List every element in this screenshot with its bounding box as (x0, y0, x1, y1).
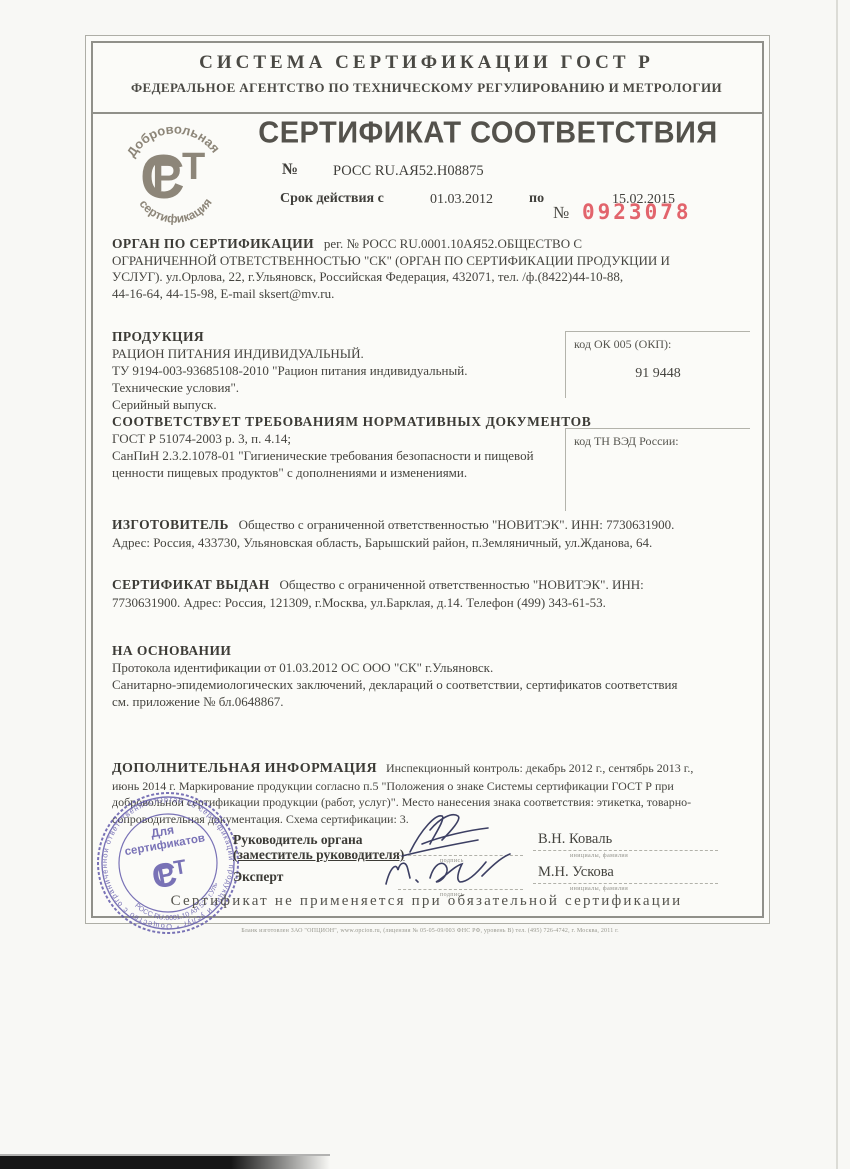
tnved-code-box: код ТН ВЭД России: (565, 428, 750, 511)
org-label: ОРГАН ПО СЕРТИФИКАЦИИ (112, 236, 314, 251)
org-line2: ОГРАНИЧЕННОЙ ОТВЕТСТВЕННОСТЬЮ "СК" (ОРГА… (112, 253, 764, 270)
manufacturer-section: ИЗГОТОВИТЕЛЬ Общество с ограниченной отв… (112, 516, 764, 551)
signature-role-expert: Эксперт (233, 869, 283, 884)
logo-letter-p: Р (152, 152, 181, 201)
blank-no-label: № (553, 203, 569, 223)
product-label: ПРОДУКЦИЯ (112, 328, 562, 345)
certificate-header: СИСТЕМА СЕРТИФИКАЦИИ ГОСТ Р ФЕДЕРАЛЬНОЕ … (91, 41, 762, 114)
product-section: ПРОДУКЦИЯ РАЦИОН ПИТАНИЯ ИНДИВИДУАЛЬНЫЙ.… (112, 328, 562, 413)
additional-info-label: ДОПОЛНИТЕЛЬНАЯ ИНФОРМАЦИЯ (112, 761, 377, 776)
signature-expert-icon (378, 848, 523, 896)
scanner-black-strip (0, 1156, 330, 1169)
document-title: СЕРТИФИКАТ СООТВЕТСТВИЯ (238, 116, 738, 150)
certification-body-section: ОРГАН ПО СЕРТИФИКАЦИИ рег. № РОСС RU.000… (112, 236, 764, 302)
signatory-name-expert: М.Н. Ускова (538, 864, 614, 881)
blank-number: 0923078 (582, 200, 692, 224)
manufacturer-line1: Общество с ограниченной ответственностью… (239, 517, 675, 532)
product-line3: Технические условия". (112, 379, 562, 396)
manufacturer-line2: Адрес: Россия, 433730, Ульяновская облас… (112, 534, 764, 552)
basis-label: НА ОСНОВАНИИ (112, 642, 764, 659)
name-caption-expert: инициалы, фамилия (570, 886, 628, 892)
handwritten-signature-expert (378, 848, 523, 896)
logo-letter-t: Т (182, 146, 205, 188)
role-expert-line1: Эксперт (233, 869, 283, 884)
valid-from-date: 01.03.2012 (430, 192, 493, 208)
basis-line2: Санитарно-эпидемиологических заключений,… (112, 676, 764, 693)
bottom-note: Сертификат не применяется при обязательн… (95, 893, 758, 910)
scanned-certificate-page: СИСТЕМА СЕРТИФИКАЦИИ ГОСТ Р ФЕДЕРАЛЬНОЕ … (0, 0, 850, 1169)
rst-logo-icon: Добровольная сертификация С Р Т (114, 113, 236, 231)
org-line3: УСЛУГ). ул.Орлова, 22, г.Ульяновск, Росс… (112, 269, 764, 286)
valid-to-label: по (529, 191, 544, 207)
okp-code-box: код ОК 005 (ОКП): 91 9448 (565, 331, 750, 398)
name-caption-head: инициалы, фамилия (570, 853, 628, 859)
basis-line3: см. приложение № бл.0648867. (112, 693, 764, 710)
name-line-expert (533, 883, 718, 884)
manufacturer-label: ИЗГОТОВИТЕЛЬ (112, 517, 229, 532)
basis-line1: Протокола идентификации от 01.03.2012 ОС… (112, 659, 764, 676)
okp-code-value: 91 9448 (574, 366, 742, 382)
rst-logo: Добровольная сертификация С Р Т (114, 113, 236, 231)
org-line1: рег. № РОСС RU.0001.10АЯ52.ОБЩЕСТВО С (324, 236, 582, 251)
certification-stamp: Орган по сертификации продукции и услуг … (81, 776, 255, 950)
scan-page-edge (836, 0, 838, 1169)
basis-section: НА ОСНОВАНИИ Протокола идентификации от … (112, 642, 764, 710)
tnved-code-label: код ТН ВЭД России: (574, 434, 742, 449)
cert-number: РОСС RU.АЯ52.Н08875 (333, 163, 484, 180)
validity-label: Срок действия с (280, 191, 384, 207)
svg-text:Т: Т (172, 856, 188, 880)
cert-no-label: № (282, 161, 298, 179)
additional-line1: Инспекционный контроль: декабрь 2012 г.,… (386, 761, 693, 775)
product-line2: ТУ 9194-003-93685108-2010 "Рацион питани… (112, 362, 562, 379)
compliance-line1: ГОСТ Р 51074-2003 р. 3, п. 4.14; (112, 430, 562, 447)
role-head-line1: Руководитель органа (233, 832, 404, 847)
blank-fine-print: Бланк изготовлен ЗАО "ОПЦИОН", www.opcio… (130, 928, 730, 934)
issued-to-line1: Общество с ограниченной ответственностью… (279, 577, 643, 592)
stamp-icon: Орган по сертификации продукции и услуг … (81, 776, 255, 950)
org-line4: 44-16-64, 44-15-98, E-mail sksert@mv.ru. (112, 286, 764, 303)
system-line: СИСТЕМА СЕРТИФИКАЦИИ ГОСТ Р (91, 52, 762, 74)
signatory-name-head: В.Н. Коваль (538, 831, 612, 848)
okp-code-label: код ОК 005 (ОКП): (574, 337, 742, 352)
product-line1: РАЦИОН ПИТАНИЯ ИНДИВИДУАЛЬНЫЙ. (112, 345, 562, 362)
issued-to-section: СЕРТИФИКАТ ВЫДАН Общество с ограниченной… (112, 576, 764, 611)
issued-to-line2: 7730631900. Адрес: Россия, 121309, г.Мос… (112, 594, 764, 612)
compliance-line3: ценности пищевых продуктов" с дополнения… (112, 464, 562, 481)
compliance-line2: СанПиН 2.3.2.1078-01 "Гигиенические треб… (112, 447, 562, 464)
issued-to-label: СЕРТИФИКАТ ВЫДАН (112, 577, 270, 592)
name-line-head (533, 850, 718, 851)
product-line4: Серийный выпуск. (112, 396, 562, 413)
agency-line: ФЕДЕРАЛЬНОЕ АГЕНТСТВО ПО ТЕХНИЧЕСКОМУ РЕ… (91, 80, 762, 96)
